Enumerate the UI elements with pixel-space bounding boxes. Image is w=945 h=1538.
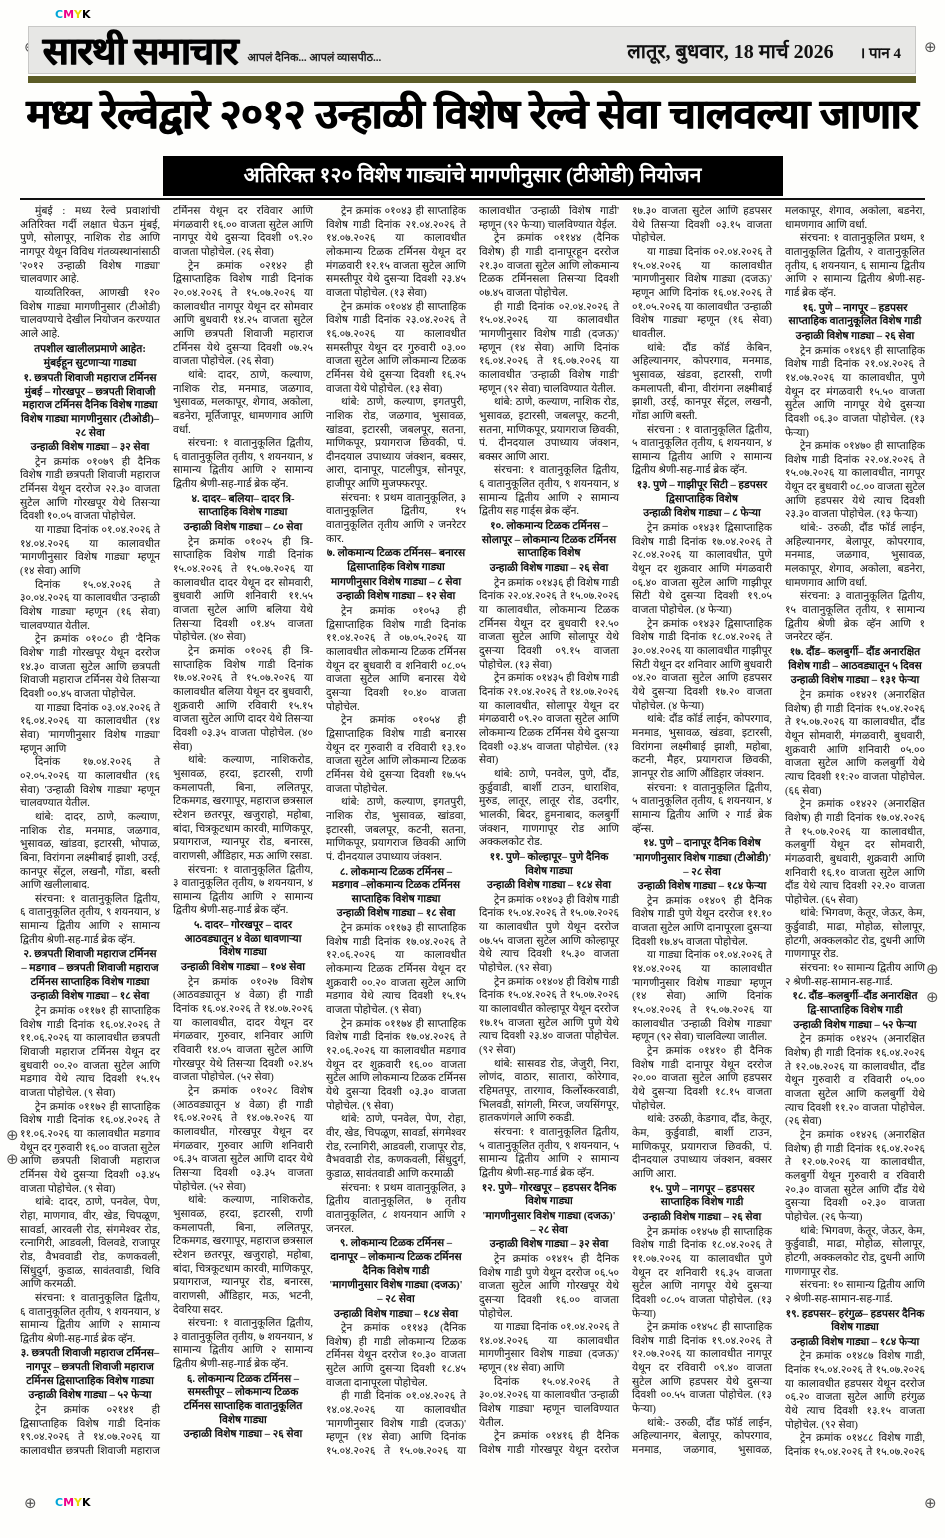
article-paragraph: संरचना: १ प्रथम वातानुकूलित, ३ द्वितीय व… <box>326 1182 466 1237</box>
article-heading: उन्हाळी विशेष गाड्या – ५२ फेऱ्या <box>20 1389 160 1403</box>
newspaper-tagline: आपलं दैनिक... आपलं व्यासपीठ... <box>247 50 381 65</box>
article-paragraph: थांबे: उरुळी, केडगाव, दौंड, केतूर, केम, … <box>632 1113 772 1181</box>
article-paragraph: संरचना: १ प्रथम वातानुकूलित, ३ वातानुकूल… <box>326 492 466 547</box>
article-paragraph: ट्रेन क्रमांक ०१४६९ ही साप्ताहिक विशेष ग… <box>785 345 925 441</box>
article-paragraph: ट्रेन क्रमांक ०११७३ ही साप्ताहिक विशेष ग… <box>326 922 466 1018</box>
article-heading: २. छत्रपती शिवाजी महाराज टर्मिनस – मडगाव… <box>20 948 160 989</box>
article-paragraph: थांबे: दौंड कॉर्ड केबिन, अहिल्यानगर, कोप… <box>632 342 772 424</box>
article-heading: उन्हाळी विशेष गाड्या – २६ सेवा <box>632 1211 772 1225</box>
article-heading: मागणीनुसार विशेष गाड्या – ८ सेवा <box>326 576 466 590</box>
article-heading: 'मागणीनुसार विशेष गाड्या (दजऊ)' – २८ सेव… <box>326 1279 466 1306</box>
article-heading: १३. पुणे – गाझीपूर सिटी – हडपसर द्विसाप्… <box>632 479 772 506</box>
article-heading: उन्हाळी विशेष गाड्या – १८४ सेवा <box>326 1308 466 1322</box>
article-heading: ८. लोकमान्य टिळक टर्मिनस – मडगाव –लोकमान… <box>326 866 466 907</box>
article-paragraph: ट्रेन क्रमांक ०११४४ (दैनिक विशेष) ही गाड… <box>479 232 619 300</box>
article-paragraph: संरचना: १ वातानुकूलित द्वितीय, ५ वातानुक… <box>479 1126 619 1181</box>
article-heading: 'मागणीनुसार विशेष गाड्या (दजऊ)' – २८ सेव… <box>479 1210 619 1237</box>
article-paragraph: थांबे: ठाणे, कल्याण, इगतपुरी, नाशिक रोड,… <box>326 796 466 864</box>
article-heading: उन्हाळी विशेष गाड्या – १८४ सेवा <box>479 879 619 893</box>
article-heading: उन्हाळी विशेष गाड्या – २६ सेवा <box>785 330 925 344</box>
cmyk-label-top: CMYK <box>55 8 91 21</box>
article-paragraph: थांबे: सासवड रोड, जेजुरी, निरा, लोणंद, व… <box>479 1058 619 1126</box>
article-paragraph: ट्रेन क्रमांक ०१४८७ विशेष गाडी, दिनांक १… <box>785 1350 925 1432</box>
article-heading: १२. पुणे– गोरखपूर – हडपसर दैनिक विशेष गा… <box>479 1182 619 1209</box>
article-heading: ९. लोकमान्य टिळक टर्मिनस – दानापूर – लोक… <box>326 1237 466 1278</box>
article-paragraph: संरचना: १ वातानुकूलित द्वितीय, ६ वातानुक… <box>20 893 160 948</box>
article-paragraph: थांबे: ठाणे, कल्याण, नाशिक रोड, भुसावळ, … <box>479 396 619 464</box>
article-paragraph: ट्रेन क्रमांक ०११७२ ही साप्ताहिक विशेष ग… <box>20 1101 160 1197</box>
article-paragraph: ट्रेन क्रमांक ०२१४२ ही द्विसाप्ताहिक विश… <box>173 260 313 369</box>
article-heading: उन्हाळी विशेष गाड्या – २६ सेवा <box>479 562 619 576</box>
article-paragraph: ट्रेन क्रमांक ०१४३६ ही विशेष गाडी दिनांक… <box>479 577 619 673</box>
newspaper-page: ⊕ ⊕ ⊕ ⊕ ⊕ ⊕ ⊕ ⊕ CMYK CMYK सारथी समाचार आ… <box>0 0 945 1538</box>
article-paragraph: संरचना: १ वातानुकूलित द्वितीय, ५ वातानुक… <box>632 782 772 837</box>
article-paragraph: थांबे: कल्याण, नाशिकरोड, भुसावळ, हरदा, इ… <box>173 1194 313 1317</box>
newspaper-title: सारथी समाचार <box>43 24 237 76</box>
article-paragraph: संरचना: १ वातानुकूलित प्रथम, १ वातानुकूल… <box>785 232 925 300</box>
article-paragraph: ही गाडी दिनांक ०२.०४.२०२६ ते १५.०४.२०२६ … <box>479 301 619 397</box>
article-paragraph: ट्रेन क्रमांक ०१४२२ (अनारक्षित विशेष) ही… <box>785 798 925 907</box>
article-paragraph: ट्रेन क्रमांक ०१४३१ द्विसाप्ताहिक विशेष … <box>632 522 772 618</box>
article-paragraph: ट्रेन क्रमांक ०१४५८ ही साप्ताहिक विशेष ग… <box>632 1321 772 1417</box>
article-paragraph: थांबे: ठाणे, कल्याण, इगतपुरी, नाशिक रोड,… <box>326 396 466 492</box>
article-paragraph: थांबे: कल्याण, नाशिकरोड, भुसावळ, हरदा, इ… <box>173 754 313 863</box>
article-paragraph: दिनांक १५.०४.२०२६ ते ३०.०४.२०२६ या कालाव… <box>20 579 160 634</box>
article-heading: उन्हाळी विशेष गाड्या – ८ फेऱ्या <box>632 507 772 521</box>
registration-mark: ⊕ <box>924 40 937 55</box>
article-paragraph: ट्रेन क्रमांक ०१०७९ ही दैनिक विशेष गाडी … <box>20 456 160 524</box>
article-paragraph: संरचना: १ वातानुकूलित द्वितीय, ६ वातानुक… <box>479 464 619 519</box>
article-paragraph: थांबे:- उरुळी, दौंड फॉर्ड लाईन, अहिल्यान… <box>785 522 925 590</box>
article-heading: उन्हाळी विशेष गाड्या – ३२ सेवा <box>479 1238 619 1252</box>
article-paragraph: संरचना: ३ वातानुकूलित द्वितीय, १५ वातानु… <box>785 590 925 645</box>
article-paragraph: ट्रेन क्रमांक ०१४३५ ही विशेष गाडी दिनांक… <box>479 672 619 768</box>
masthead: सारथी समाचार आपलं दैनिक... आपलं व्यासपीठ… <box>28 26 916 74</box>
article-paragraph: ट्रेन क्रमांक ०१०२६ ही त्रि-साप्ताहिक वि… <box>173 645 313 754</box>
registration-mark: ⊕ <box>24 1496 37 1511</box>
article-heading: ४. दादर– बलिया– दादर त्रि-साप्ताहिक विशे… <box>173 493 313 520</box>
article-heading: उन्हाळी विशेष गाड्या – १८४ फेऱ्या <box>632 880 772 894</box>
article-heading: ६. लोकमान्य टिळक टर्मिनस – समस्तीपूर – ल… <box>173 1373 313 1428</box>
article-paragraph: संरचना: १ वातानुकूलित द्वितीय, ३ वातानुक… <box>173 1317 313 1372</box>
article-paragraph: थांबे: दौंड कॉर्ड लाईन, कोपरगाव, मनमाड, … <box>632 713 772 781</box>
dateline: लातूर, बुधवार, 18 मार्च 2026 <box>627 37 833 64</box>
article-paragraph: याव्यतिरिक्त, आणखी १२० विशेष गाड्या मागण… <box>20 287 160 342</box>
article-body: मुंबई : मध्य रेल्वे प्रवाशांची अतिरिक्त … <box>20 198 925 1469</box>
article-heading: ७. लोकमान्य टिळक टर्मिनस– बनारस द्विसाप्… <box>326 547 466 574</box>
article-paragraph: थांबे: दादर, ठाणे, कल्याण, नाशिक रोड, मन… <box>20 811 160 893</box>
article-paragraph: मुंबई : मध्य रेल्वे प्रवाशांची अतिरिक्त … <box>20 205 160 287</box>
article-paragraph: ट्रेन क्रमांक ०१०५३ ही द्विसाप्ताहिक विश… <box>326 605 466 714</box>
article-heading: ११. पुणे– कोल्हापूर– पुणे दैनिक विशेष गा… <box>479 851 619 878</box>
article-paragraph: ट्रेन क्रमांक ०१०८० ही 'दैनिक विशेष' गाड… <box>20 633 160 701</box>
article-paragraph: थांबे: ठाणे, पनवेल, पुणे, दौंड, कुर्डुवा… <box>479 768 619 850</box>
article-paragraph: ट्रेन क्रमांक ०१०२५ ही त्रि-साप्ताहिक वि… <box>173 536 313 645</box>
article-paragraph: थांबे: भिगवण, केतूर, जेऊर, केम, कुर्डुवा… <box>785 1225 925 1280</box>
article-heading: उन्हाळी विशेष गाड्या – ३२ सेवा <box>20 441 160 455</box>
article-heading: १०. लोकमान्य टिळक टर्मिनस – सोलापूर – लो… <box>479 520 619 561</box>
article-paragraph: ट्रेन क्रमांक ०११७१ ही साप्ताहिक विशेष ग… <box>20 1005 160 1101</box>
article-paragraph: ट्रेन क्रमांक ०१४२५ (अनारक्षित विशेष) ही… <box>785 1033 925 1129</box>
subheadline-text: अतिरिक्त १२० विशेष गाड्यांचे मागणीनुसार … <box>163 156 783 196</box>
article-heading: ५. दादर– गोरखपूर – दादर आठवड्यातून ४ वेळ… <box>173 919 313 960</box>
registration-mark: ⊕ <box>926 990 939 1005</box>
article-paragraph: ट्रेन क्रमांक ०११७४ ही साप्ताहिक विशेष ग… <box>326 1018 466 1114</box>
article-heading: १५. पुणे – नागपूर – हडपसर साप्ताहिक विशे… <box>632 1183 772 1210</box>
article-paragraph: ट्रेन क्रमांक ०१४१० ही दैनिक विशेष गाडी … <box>632 1045 772 1113</box>
article-paragraph: दिनांक १७.०४.२०२६ ते ०२.०५.२०२६ या कालाव… <box>20 756 160 811</box>
article-paragraph: दिनांक १५.०४.२०२६ ते ३०.०४.२०२६ या कालाव… <box>479 1376 619 1431</box>
article-heading: १. छत्रपती शिवाजी महाराज टर्मिनस मुंबई –… <box>20 372 160 440</box>
article-paragraph: ट्रेन क्रमांक ०१०५४ ही द्विसाप्ताहिक विश… <box>326 714 466 796</box>
article-heading: उन्हाळी विशेष गाड्या – ८० सेवा <box>173 521 313 535</box>
article-paragraph: संरचना: १० सामान्य द्वितीय आणि २ श्रेणी-… <box>785 962 925 989</box>
article-paragraph: ट्रेन क्रमांक ०१४१५ ही दैनिक विशेष गाडी … <box>479 1253 619 1321</box>
article-heading: उन्हाळी विशेष गाड्या – १०४ सेवा <box>173 961 313 975</box>
article-paragraph: ट्रेन क्रमांक ०१०४४ ही साप्ताहिक विशेष ग… <box>326 301 466 397</box>
article-paragraph: संरचना: १ वातानुकूलित द्वितीय, ६ वातानुक… <box>173 437 313 492</box>
article-paragraph: थांबे: भिगवण, केतूर, जेऊर, केम, कुर्डुवा… <box>785 907 925 962</box>
registration-mark: ⊕ <box>6 1128 19 1143</box>
article-paragraph: ट्रेन क्रमांक ०१४३२ द्विसाप्ताहिक विशेष … <box>632 618 772 714</box>
article-paragraph: ट्रेन क्रमांक ०१४२६ (अनारक्षित विशेष) ही… <box>785 1129 925 1225</box>
article-paragraph: थांबे: ठाणे, पनवेल, पेण, रोहा, वीर, खेड,… <box>326 1113 466 1181</box>
registration-mark: ⊕ <box>926 962 939 977</box>
article-paragraph: ट्रेन क्रमांक ०१४०४ ही विशेष गाडी दिनांक… <box>479 976 619 1058</box>
article-heading: उन्हाळी विशेष गाड्या – ५२ फेऱ्या <box>785 1019 925 1033</box>
article-heading: १७. दौंड– कलबुर्गी– दौंड अनारक्षित विशेष… <box>785 646 925 673</box>
article-paragraph: ट्रेन क्रमांक ०१०२८ विशेष (आठवड्यातून ४ … <box>173 1085 313 1194</box>
article-paragraph: ट्रेन क्रमांक ०१४०३ ही विशेष गाडी दिनांक… <box>479 894 619 976</box>
article-paragraph: संरचना: १ वातानुकूलित द्वितीय, ६ वातानुक… <box>20 1292 160 1347</box>
cmyk-label-bottom: CMYK <box>55 1496 91 1509</box>
article-paragraph: ट्रेन क्रमांक ०१०२७ विशेष (आठवड्यातून ४ … <box>173 976 313 1085</box>
subheadline-bar: अतिरिक्त १२० विशेष गाड्यांचे मागणीनुसार … <box>0 156 945 196</box>
article-paragraph: थांबे: दादर, ठाणे, पनवेल, पेण, रोहा, माण… <box>20 1196 160 1292</box>
article-paragraph: ट्रेन क्रमांक ०१४०९ ही दैनिक विशेष गाडी … <box>632 895 772 950</box>
article-paragraph: संरचना: १० सामान्य द्वितीय आणि २ श्रेणी-… <box>785 1279 925 1306</box>
article-heading: उन्हाळी विशेष गाड्या – १८ सेवा <box>20 990 160 1004</box>
article-paragraph: या गाड्या दिनांक ०१.०४.२०२६ ते १४.०४.२०२… <box>20 524 160 579</box>
article-paragraph: थांबे: दादर, ठाणे, कल्याण, नाशिक रोड, मन… <box>173 369 313 437</box>
article-paragraph: ट्रेन क्रमांक ०११४३ (दैनिक विशेष) ही गाड… <box>326 1322 466 1390</box>
article-heading: १८. दौंड–कलबुर्गी–दौंड अनारक्षित द्वि-सा… <box>785 990 925 1017</box>
article-paragraph: या गाड्या दिनांक ०३.०४.२०२६ ते १६.०४.२०२… <box>20 702 160 757</box>
article-heading: उन्हाळी विशेष गाड्या – १८ सेवा <box>326 907 466 921</box>
main-headline: मध्य रेल्वेद्वारे २०१२ उन्हाळी विशेष रेल… <box>10 90 935 139</box>
article-heading: उन्हाळी विशेष गाड्या – १२ सेवा <box>326 590 466 604</box>
article-paragraph: या गाड्या दिनांक ०१.०४.२०२६ ते १४.०४.२०२… <box>479 1321 619 1376</box>
article-columns: मुंबई : मध्य रेल्वे प्रवाशांची अतिरिक्त … <box>20 205 925 1469</box>
article-heading: १६. पुणे – नागपूर – हडपसर साप्ताहिक वाता… <box>785 302 925 329</box>
article-heading: 'मागणीनुसार विशेष गाड्या (टीओडी)' – २८ स… <box>632 852 772 879</box>
masthead-rule <box>28 76 916 83</box>
article-paragraph: ट्रेन क्रमांक ०१४७० ही साप्ताहिक विशेष ग… <box>785 440 925 522</box>
article-heading: तपशील खालीलप्रमाणे आहेत: <box>20 343 160 357</box>
article-paragraph: या गाड्या दिनांक ०२.०४.२०२६ ते १५.०४.२०२… <box>632 246 772 342</box>
registration-mark: ⊕ <box>924 1496 937 1511</box>
page-number: । पान 4 <box>860 43 901 63</box>
article-paragraph: ट्रेन क्रमांक ०१४५७ ही साप्ताहिक विशेष ग… <box>632 1226 772 1322</box>
article-paragraph: संरचना: १ वातानुकूलित द्वितीय, ३ वातानुक… <box>173 864 313 919</box>
article-heading: उन्हाळी विशेष गाड्या – २६ सेवा <box>173 1428 313 1442</box>
article-paragraph: ट्रेन क्रमांक ०१०४३ ही साप्ताहिक विशेष ग… <box>326 205 466 301</box>
registration-mark: ⊕ <box>6 1152 19 1167</box>
article-heading: उन्हाळी विशेष गाड्या – १८४ फेऱ्या <box>785 1336 925 1350</box>
article-heading: १९. हडपसर– हरंगुळ– हडपसर दैनिक विशेष गाड… <box>785 1308 925 1335</box>
article-paragraph: संरचना : १ वातानुकूलित द्वितीय, ५ वातानु… <box>632 424 772 479</box>
article-heading: ३. छत्रपती शिवाजी महाराज टर्मिनस– नागपूर… <box>20 1347 160 1388</box>
article-paragraph: ट्रेन क्रमांक ०१४२१ (अनारक्षित विशेष) ही… <box>785 689 925 798</box>
article-heading: १४. पुणे – दानापूर दैनिक विशेष <box>632 837 772 851</box>
article-heading: उन्हाळी विशेष गाड्या – १३१ फेऱ्या <box>785 674 925 688</box>
article-heading: मुंबईहून सुटणाऱ्या गाड्या <box>20 357 160 371</box>
article-paragraph: या गाड्या दिनांक ०१.०४.२०२६ ते १४.०४.२०२… <box>632 949 772 1045</box>
